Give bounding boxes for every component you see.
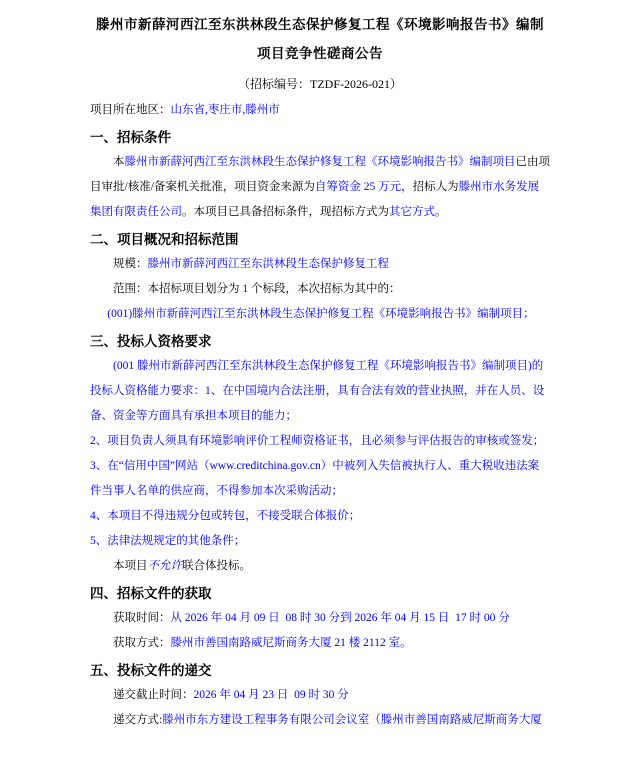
acquisition-time-label: 获取时间： [113, 612, 171, 624]
page-title: 滕州市新薛河西江至东洪林段生态保护修复工程《环境影响报告书》编制项目竞争性磋商公… [90, 10, 550, 68]
project-location-line: 项目所在地区：山东省,枣庄市,滕州市 [90, 98, 550, 123]
location-label: 项目所在地区： [90, 104, 171, 116]
qualification-requirement-5: 5、法律法规规定的其他条件； [90, 529, 550, 554]
acquisition-method-value: 滕州市善国南路威尼斯商务大厦 21 楼 2112 室。 [171, 637, 412, 649]
scale-label: 规模： [113, 258, 148, 270]
lot-001-line: (001)滕州市新薛河西江至东洪林段生态保护修复工程《环境影响报告书》编制项目； [90, 302, 550, 327]
project-scope-line: 范围：本招标项目划分为 1 个标段，本次招标为其中的： [90, 277, 550, 302]
text-run: 本 [113, 156, 125, 168]
submission-deadline-line: 递交截止时间：2026 年 04 月 23 日 09 时 30 分 [90, 683, 550, 708]
project-scale-line: 规模：滕州市新薛河西江至东洪林段生态保护修复工程 [90, 252, 550, 277]
text-run: 本项目 [113, 560, 148, 572]
submission-deadline-label: 递交截止时间： [113, 689, 194, 701]
submission-method-label: 递交方式: [113, 714, 162, 726]
section-heading-document-acquisition: 四、招标文件的获取 [90, 581, 550, 606]
location-value: 山东省,枣庄市,滕州市 [171, 104, 280, 116]
acquisition-method-line: 获取方式：滕州市善国南路威尼斯商务大厦 21 楼 2112 室。 [90, 631, 550, 656]
section-heading-tender-conditions: 一、招标条件 [90, 125, 550, 150]
funding-source-text: 自筹资金 25 万元 [315, 181, 401, 193]
text-run: 本招标项目划分为 [148, 283, 243, 295]
acquisition-time-value: 从 2026 年 04 月 09 日 08 时 30 分到 2026 年 04 … [171, 612, 510, 624]
section-heading-bid-submission: 五、投标文件的递交 [90, 658, 550, 683]
tender-method-text: 其它方式 [389, 206, 435, 218]
tender-number: （招标编号：TZDF-2026-021） [90, 71, 550, 98]
tender-conditions-paragraph: 本滕州市新薛河西江至东洪林段生态保护修复工程《环境影响报告书》编制项目已由项目审… [90, 150, 550, 225]
text-run: ，招标人为 [401, 181, 459, 193]
text-run: 个标段，本次招标为其中的： [248, 283, 400, 295]
section-heading-bidder-qualification: 三、投标人资格要求 [90, 329, 550, 354]
qualification-requirement-2: 2、项目负责人须具有环境影响评价工程师资格证书，且必须参与评估报告的审核或签发； [90, 429, 550, 454]
acquisition-time-line: 获取时间：从 2026 年 04 月 09 日 08 时 30 分到 2026 … [90, 606, 550, 631]
submission-method-value: 滕州市东方建设工程事务有限公司会议室（滕州市善国南路威尼斯商务大厦 [162, 714, 542, 726]
project-name-text: 滕州市新薛河西江至东洪林段生态保护修复工程《环境影响报告书》编制项目 [125, 156, 516, 168]
not-allowed-text: 不允许 [148, 560, 183, 572]
acquisition-method-label: 获取方式： [113, 637, 171, 649]
section-heading-project-overview: 二、项目概况和招标范围 [90, 227, 550, 252]
text-run: 联合体投标。 [182, 560, 251, 572]
submission-method-line: 递交方式:滕州市东方建设工程事务有限公司会议室（滕州市善国南路威尼斯商务大厦 [90, 708, 550, 733]
text-run: 。本项目已具备招标条件，现招标方式为 [182, 206, 389, 218]
qualification-requirement-1: (001 滕州市新薛河西江至东洪林段生态保护修复工程《环境影响报告书》编制项目)… [90, 354, 550, 429]
consortium-bid-line: 本项目不允许联合体投标。 [90, 554, 550, 579]
announcement-document: 滕州市新薛河西江至东洪林段生态保护修复工程《环境影响报告书》编制项目竞争性磋商公… [0, 0, 630, 733]
scope-label: 范围： [113, 283, 148, 295]
submission-deadline-value: 2026 年 04 月 23 日 09 时 30 分 [194, 689, 349, 701]
scale-value: 滕州市新薛河西江至东洪林段生态保护修复工程 [148, 258, 390, 270]
text-run: 。 [435, 206, 447, 218]
qualification-requirement-3: 3、在“信用中国”网站（www.creditchina.gov.cn）中被列入失… [90, 454, 550, 504]
qualification-requirement-4: 4、本项目不得违规分包或转包，不接受联合体报价； [90, 504, 550, 529]
